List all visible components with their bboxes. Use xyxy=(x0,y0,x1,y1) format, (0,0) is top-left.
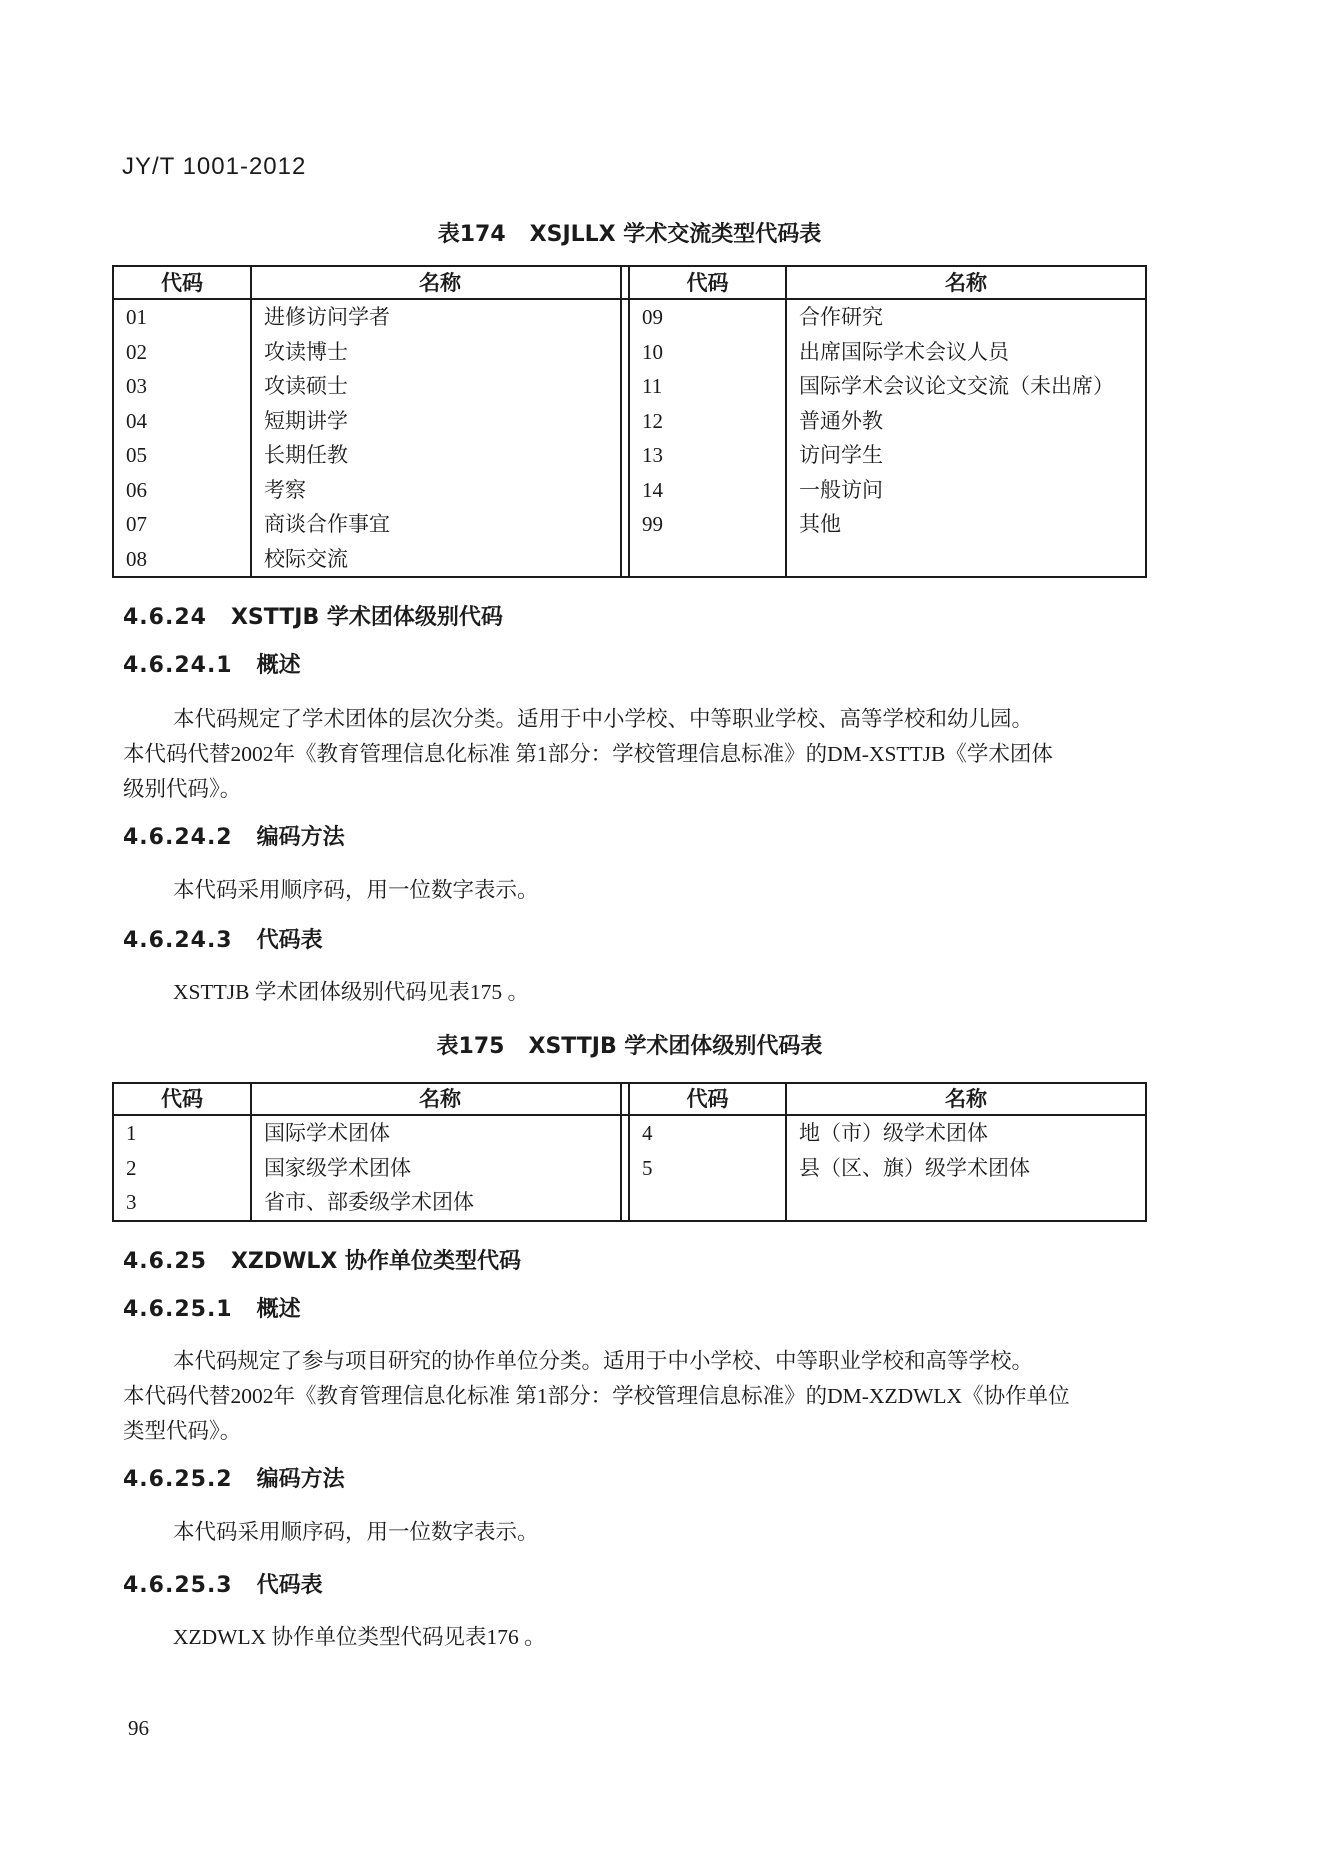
table174-cell-code: 07 xyxy=(114,507,252,542)
table174-caption-number: 表174 xyxy=(438,222,506,247)
table174-cell-code: 02 xyxy=(114,335,252,370)
section-heading-4-6-24-1: 4.6.24.1概述 xyxy=(123,652,301,680)
section-number: 4.6.25.3 xyxy=(123,1573,233,1598)
table174-cell-name: 其他 xyxy=(787,507,1145,542)
table174: 代码 名称 代码 名称 01 进修访问学者 09 合作研究 02 攻读博士 10… xyxy=(112,265,1147,578)
table175-cell-code: 4 xyxy=(630,1116,787,1151)
section-title: 概述 xyxy=(257,1297,301,1322)
section-heading-4-6-24-3: 4.6.24.3代码表 xyxy=(123,927,323,955)
section-title: 编码方法 xyxy=(257,825,345,850)
section-title: 编码方法 xyxy=(257,1467,345,1492)
section-number: 4.6.24 xyxy=(123,605,207,630)
section-title: 代码表 xyxy=(257,1573,323,1598)
table174-header-name-left: 名称 xyxy=(252,267,630,300)
table174-caption: 表174XSJLLX 学术交流类型代码表 xyxy=(112,221,1147,249)
table175-cell-name: 地（市）级学术团体 xyxy=(787,1116,1145,1151)
table174-cell-code: 03 xyxy=(114,369,252,404)
table175-cell-name: 国际学术团体 xyxy=(252,1116,630,1151)
table174-cell-name: 考察 xyxy=(252,473,630,508)
table174-cell-name: 商谈合作事宜 xyxy=(252,507,630,542)
paragraph-line: 类型代码》。 xyxy=(123,1414,1070,1449)
section-heading-4-6-25: 4.6.25XZDWLX 协作单位类型代码 xyxy=(123,1248,521,1276)
table174-cell-name: 普通外教 xyxy=(787,404,1145,439)
table174-cell-name xyxy=(787,542,1145,577)
page-number: 96 xyxy=(128,1714,149,1742)
paragraph-coding-method-4-6-24: 本代码采用顺序码，用一位数字表示。 xyxy=(123,873,539,908)
paragraph-see-table-175: XSTTJB 学术团体级别代码见表175 。 xyxy=(123,975,529,1010)
table174-cell-name: 访问学生 xyxy=(787,438,1145,473)
table175-cell-name: 县（区、旗）级学术团体 xyxy=(787,1151,1145,1186)
paragraph-line: 本代码采用顺序码，用一位数字表示。 xyxy=(123,1515,539,1550)
paragraph-line: XZDWLX 协作单位类型代码见表176 。 xyxy=(123,1620,546,1655)
section-heading-4-6-24-2: 4.6.24.2编码方法 xyxy=(123,824,345,852)
section-title: XSTTJB 学术团体级别代码 xyxy=(231,605,503,630)
standard-number: JY/T 1001-2012 xyxy=(122,153,306,181)
paragraph-overview-4-6-24: 本代码规定了学术团体的层次分类。适用于中小学校、中等职业学校、高等学校和幼儿园。… xyxy=(123,702,1053,807)
table175-cell-name xyxy=(787,1185,1145,1220)
table174-header-code-right: 代码 xyxy=(630,267,787,300)
paragraph-line: 本代码采用顺序码，用一位数字表示。 xyxy=(123,873,539,908)
paragraph-see-table-176: XZDWLX 协作单位类型代码见表176 。 xyxy=(123,1620,546,1655)
table174-cell-code: 08 xyxy=(114,542,252,577)
table174-cell-code: 99 xyxy=(630,507,787,542)
section-number: 4.6.24.3 xyxy=(123,928,233,953)
table174-middle-divider-line xyxy=(620,267,622,576)
table174-cell-name: 一般访问 xyxy=(787,473,1145,508)
table174-cell-code: 12 xyxy=(630,404,787,439)
section-title: XZDWLX 协作单位类型代码 xyxy=(231,1249,521,1274)
table175-middle-divider-line xyxy=(620,1084,622,1220)
table174-cell-name: 长期任教 xyxy=(252,438,630,473)
table174-cell-code: 13 xyxy=(630,438,787,473)
section-heading-4-6-25-2: 4.6.25.2编码方法 xyxy=(123,1466,345,1494)
table174-cell-code: 11 xyxy=(630,369,787,404)
table175-cell-name: 省市、部委级学术团体 xyxy=(252,1185,630,1220)
table174-cell-name: 短期讲学 xyxy=(252,404,630,439)
table175-cell-code: 3 xyxy=(114,1185,252,1220)
table175-cell-code xyxy=(630,1185,787,1220)
table175: 代码 名称 代码 名称 1 国际学术团体 4 地（市）级学术团体 2 国家级学术… xyxy=(112,1082,1147,1222)
table174-cell-name: 校际交流 xyxy=(252,542,630,577)
table174-header-code-left: 代码 xyxy=(114,267,252,300)
table174-cell-code: 01 xyxy=(114,300,252,335)
table175-cell-name: 国家级学术团体 xyxy=(252,1151,630,1186)
table174-cell-code: 06 xyxy=(114,473,252,508)
table174-caption-title: XSJLLX 学术交流类型代码表 xyxy=(530,222,822,247)
table174-cell-name: 攻读博士 xyxy=(252,335,630,370)
paragraph-line: XSTTJB 学术团体级别代码见表175 。 xyxy=(123,975,529,1010)
table174-cell-code xyxy=(630,542,787,577)
table175-cell-code: 5 xyxy=(630,1151,787,1186)
table175-cell-code: 1 xyxy=(114,1116,252,1151)
section-number: 4.6.24.1 xyxy=(123,653,233,678)
section-number: 4.6.24.2 xyxy=(123,825,233,850)
paragraph-line: 本代码规定了学术团体的层次分类。适用于中小学校、中等职业学校、高等学校和幼儿园。 xyxy=(123,702,1053,737)
table175-caption-number: 表175 xyxy=(437,1034,505,1059)
table174-cell-code: 14 xyxy=(630,473,787,508)
table174-cell-code: 05 xyxy=(114,438,252,473)
section-heading-4-6-25-1: 4.6.25.1概述 xyxy=(123,1296,301,1324)
table175-header-name-left: 名称 xyxy=(252,1084,630,1116)
paragraph-line: 本代码规定了参与项目研究的协作单位分类。适用于中小学校、中等职业学校和高等学校。 xyxy=(123,1344,1070,1379)
table174-cell-name: 国际学术会议论文交流（未出席） xyxy=(787,369,1145,404)
section-title: 代码表 xyxy=(257,928,323,953)
table174-cell-name: 攻读硕士 xyxy=(252,369,630,404)
paragraph-line: 本代码代替2002年《教育管理信息化标准 第1部分：学校管理信息标准》的DM-X… xyxy=(123,737,1053,772)
section-number: 4.6.25.2 xyxy=(123,1467,233,1492)
table174-cell-name: 合作研究 xyxy=(787,300,1145,335)
table174-cell-name: 进修访问学者 xyxy=(252,300,630,335)
table174-header-name-right: 名称 xyxy=(787,267,1145,300)
table175-cell-code: 2 xyxy=(114,1151,252,1186)
paragraph-overview-4-6-25: 本代码规定了参与项目研究的协作单位分类。适用于中小学校、中等职业学校和高等学校。… xyxy=(123,1344,1070,1449)
document-page: JY/T 1001-2012 表174XSJLLX 学术交流类型代码表 代码 名… xyxy=(0,0,1323,1871)
table174-cell-name: 出席国际学术会议人员 xyxy=(787,335,1145,370)
table174-cell-code: 10 xyxy=(630,335,787,370)
table174-cell-code: 09 xyxy=(630,300,787,335)
table175-header-name-right: 名称 xyxy=(787,1084,1145,1116)
table175-caption-title: XSTTJB 学术团体级别代码表 xyxy=(528,1034,822,1059)
paragraph-line: 级别代码》。 xyxy=(123,772,1053,807)
table175-caption: 表175XSTTJB 学术团体级别代码表 xyxy=(112,1033,1147,1061)
section-heading-4-6-24: 4.6.24XSTTJB 学术团体级别代码 xyxy=(123,604,503,632)
table174-cell-code: 04 xyxy=(114,404,252,439)
paragraph-line: 本代码代替2002年《教育管理信息化标准 第1部分：学校管理信息标准》的DM-X… xyxy=(123,1379,1070,1414)
table175-header-code-left: 代码 xyxy=(114,1084,252,1116)
table175-header-code-right: 代码 xyxy=(630,1084,787,1116)
section-heading-4-6-25-3: 4.6.25.3代码表 xyxy=(123,1572,323,1600)
paragraph-coding-method-4-6-25: 本代码采用顺序码，用一位数字表示。 xyxy=(123,1515,539,1550)
section-number: 4.6.25.1 xyxy=(123,1297,233,1322)
section-title: 概述 xyxy=(257,653,301,678)
section-number: 4.6.25 xyxy=(123,1249,207,1274)
